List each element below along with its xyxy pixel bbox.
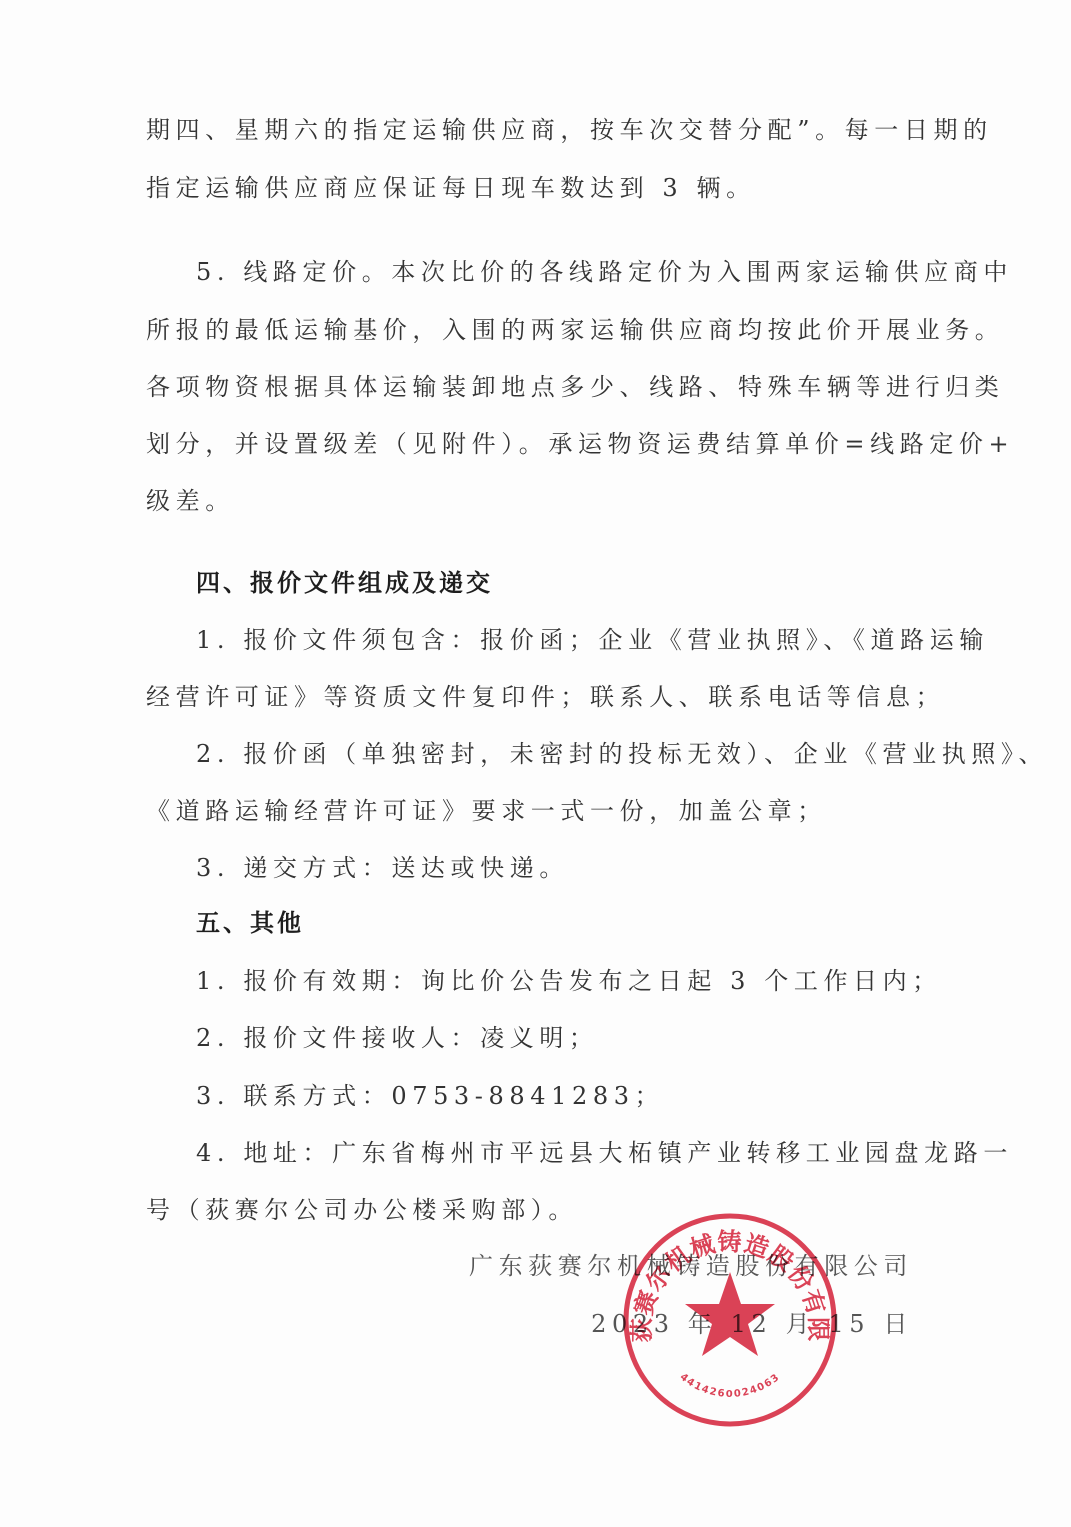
document-page: 期四、星期六的指定运输供应商，按车次交替分配”。每一日期的 指定运输供应商应保证…	[0, 0, 1071, 1527]
section-4-item: 《道路运输经营许可证》要求一式一份，加盖公章；	[146, 795, 916, 827]
section-4-item: 3. 递交方式：送达或快递。	[196, 852, 966, 884]
section-4-heading: 四、报价文件组成及递交	[196, 567, 966, 599]
section-5-item: 2. 报价文件接收人：凌义明；	[196, 1022, 966, 1054]
company-seal: 广东荻赛尔机械铸造股份有限公司 4414260024063	[620, 1210, 840, 1430]
paragraph-line: 指定运输供应商应保证每日现车数达到 3 辆。	[146, 172, 916, 204]
star-icon	[685, 1272, 775, 1356]
section-5-item: 4. 地址：广东省梅州市平远县大柘镇产业转移工业园盘龙路一	[196, 1137, 966, 1169]
item-5-line: 5. 线路定价。本次比价的各线路定价为入围两家运输供应商中	[196, 256, 966, 288]
item-5-line: 各项物资根据具体运输装卸地点多少、线路、特殊车辆等进行归类	[146, 371, 916, 403]
seal-code: 4414260024063	[678, 1372, 783, 1400]
section-5-item: 3. 联系方式：0753-8841283；	[196, 1080, 966, 1112]
section-4-item: 经营许可证》等资质文件复印件；联系人、联系电话等信息；	[146, 681, 916, 713]
section-5-heading: 五、其他	[196, 907, 966, 939]
section-4-item: 1. 报价文件须包含：报价函；企业《营业执照》、《道路运输	[196, 624, 966, 656]
item-5-line: 划分，并设置级差（见附件）。承运物资运费结算单价=线路定价+	[146, 428, 916, 460]
section-5-item: 1. 报价有效期：询比价公告发布之日起 3 个工作日内；	[196, 965, 966, 997]
section-4-item: 2. 报价函（单独密封，未密封的投标无效）、企业《营业执照》、	[196, 738, 966, 770]
item-5-line: 级差。	[146, 485, 916, 517]
paragraph-line: 期四、星期六的指定运输供应商，按车次交替分配”。每一日期的	[146, 114, 916, 146]
item-5-line: 所报的最低运输基价，入围的两家运输供应商均按此价开展业务。	[146, 314, 916, 346]
